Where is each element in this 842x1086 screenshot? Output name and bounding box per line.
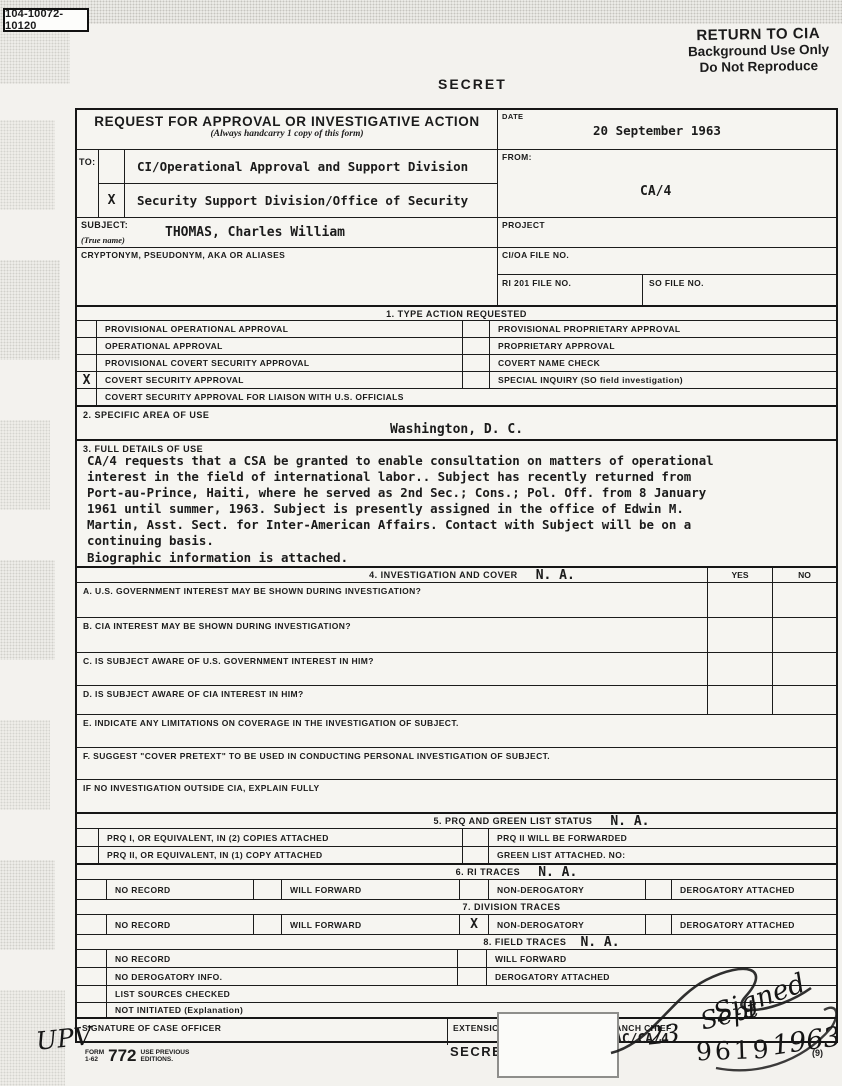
action-option: PROPRIETARY APPROVAL — [462, 338, 836, 354]
section2-heading-row: 2. SPECIFIC AREA OF USE — [77, 405, 836, 419]
document-id-label: 104-10072-10120 — [3, 8, 89, 32]
checkbox-cell — [77, 389, 97, 405]
checkbox-cell — [77, 968, 107, 985]
action-option-label: COVERT SECURITY APPROVAL FOR LIAISON WIT… — [97, 389, 836, 405]
cryptonym-label: CRYPTONYM, PSEUDONYM, AKA OR ALIASES — [81, 250, 285, 260]
form-note-block: USE PREVIOUS EDITIONS. — [141, 1049, 190, 1063]
to-options: CI/Operational Approval and Support Divi… — [99, 150, 497, 217]
section2-value-row: Washington, D. C. — [77, 419, 836, 439]
trace-option-label: NO DEROGATORY INFO. — [107, 968, 457, 985]
no-cell — [772, 686, 836, 714]
action-option-label: OPERATIONAL APPROVAL — [97, 338, 462, 354]
question-label: B. CIA INTEREST MAY BE SHOWN DURING INVE… — [77, 618, 707, 652]
trace-option-label: NO RECORD — [107, 950, 457, 967]
investigation-question-row: B. CIA INTEREST MAY BE SHOWN DURING INVE… — [77, 617, 836, 652]
prq-row: PRQ II, OR EQUIVALENT, IN (1) COPY ATTAC… — [77, 846, 836, 863]
checkbox-cell — [77, 950, 107, 967]
limitations-label: E. INDICATE ANY LIMITATIONS ON COVERAGE … — [77, 715, 459, 747]
yes-cell — [707, 686, 772, 714]
scan-noise-patch — [0, 420, 50, 510]
checkbox-cell: X — [99, 184, 125, 217]
prq-label: PRQ I, OR EQUIVALENT, IN (2) COPIES ATTA… — [99, 829, 462, 846]
checkbox-cell: X — [459, 915, 489, 934]
checkbox-cell — [253, 915, 282, 934]
section3-heading: 3. FULL DETAILS OF USE — [77, 441, 203, 453]
checkbox-cell — [459, 880, 489, 899]
scan-noise-patch — [0, 24, 70, 84]
checkbox-cell — [462, 829, 489, 846]
trace-option-label: WILL FORWARD — [282, 915, 459, 934]
checkbox-cell — [99, 150, 125, 183]
project-label: PROJECT — [502, 220, 545, 230]
date-label: DATE — [502, 112, 523, 121]
action-option-row: PROVISIONAL COVERT SECURITY APPROVAL COV… — [77, 354, 836, 371]
form-note-line: EDITIONS. — [141, 1056, 190, 1063]
checkbox-cell — [645, 915, 672, 934]
scan-noise-patch — [0, 260, 60, 360]
section5-heading: 5. PRQ AND GREEN LIST STATUS — [434, 816, 593, 826]
form-number: 772 — [108, 1046, 136, 1066]
to-option-label: CI/Operational Approval and Support Divi… — [125, 150, 497, 183]
classification-header: SECRET — [438, 76, 507, 92]
form-date: 1-62 — [85, 1056, 104, 1063]
yes-column-header: YES — [707, 568, 772, 582]
checkbox-cell — [462, 847, 489, 863]
form-number-footer: FORM 1-62 772 USE PREVIOUS EDITIONS. — [85, 1046, 189, 1066]
signature-case-officer-cell: SIGNATURE OF CASE OFFICER — [77, 1019, 447, 1045]
to-label: TO: — [79, 157, 96, 167]
section4-heading-cell: 4. INVESTIGATION AND COVER N. A. — [77, 568, 707, 582]
form-subtitle: (Always handcarry 1 copy of this form) — [77, 129, 497, 139]
section8-na-mark: N. A. — [580, 935, 619, 950]
action-option: OPERATIONAL APPROVAL — [77, 338, 462, 354]
date-value: 20 September 1963 — [593, 123, 721, 138]
section1-heading-row: 1. TYPE ACTION REQUESTED — [77, 305, 836, 320]
section6-heading-row: 6. RI TRACES N. A. — [77, 863, 836, 879]
ci-oa-file-field: CI/OA FILE NO. — [498, 248, 836, 275]
project-field: PROJECT — [497, 218, 836, 247]
checkbox-cell — [77, 355, 97, 371]
checkbox-cell: X — [77, 372, 97, 388]
section8-heading-row: 8. FIELD TRACES N. A. — [77, 934, 836, 949]
form-note-line: USE PREVIOUS — [141, 1049, 190, 1056]
to-option: CI/Operational Approval and Support Divi… — [99, 150, 497, 183]
section1-heading: 1. TYPE ACTION REQUESTED — [386, 309, 527, 319]
action-option-label: PROVISIONAL COVERT SECURITY APPROVAL — [97, 355, 462, 371]
trace-option-label: NON-DEROGATORY — [489, 880, 645, 899]
checkbox-cell — [463, 355, 490, 371]
ri-traces-row: NO RECORD WILL FORWARD NON-DEROGATORY DE… — [77, 879, 836, 899]
action-option-row: X COVERT SECURITY APPROVAL SPECIAL INQUI… — [77, 371, 836, 388]
checkbox-cell — [457, 950, 487, 967]
full-details-text2: Biographic information is attached. — [77, 550, 348, 566]
section3-body2-row: Biographic information is attached. — [77, 550, 836, 566]
section5-heading-row: 5. PRQ AND GREEN LIST STATUS N. A. — [77, 812, 836, 828]
cover-pretext-row: F. SUGGEST "COVER PRETEXT" TO BE USED IN… — [77, 747, 836, 779]
scan-noise-patch — [0, 860, 55, 950]
action-option: PROVISIONAL OPERATIONAL APPROVAL — [77, 321, 462, 337]
checkbox-cell — [645, 880, 672, 899]
so-file-field: SO FILE NO. — [643, 275, 836, 305]
trace-option-label: WILL FORWARD — [282, 880, 459, 899]
scan-noise-patch — [0, 560, 55, 660]
investigation-question-row: A. U.S. GOVERNMENT INTEREST MAY BE SHOWN… — [77, 582, 836, 617]
action-option-label: COVERT NAME CHECK — [490, 355, 836, 371]
subject-field: SUBJECT: (True name) THOMAS, Charles Wil… — [77, 218, 497, 247]
question-label: C. IS SUBJECT AWARE OF U.S. GOVERNMENT I… — [77, 653, 707, 685]
checkbox-cell — [77, 915, 107, 934]
form-title-cell: REQUEST FOR APPROVAL OR INVESTIGATIVE AC… — [77, 110, 497, 149]
trace-option-label: DEROGATORY ATTACHED — [672, 915, 836, 934]
prq-label: PRQ II WILL BE FORWARDED — [489, 829, 836, 846]
ci-oa-file-label: CI/OA FILE NO. — [502, 250, 569, 260]
checkbox-cell — [253, 880, 282, 899]
action-option: PROVISIONAL PROPRIETARY APPROVAL — [462, 321, 836, 337]
action-option-label: SPECIAL INQUIRY (SO field investigation) — [490, 372, 836, 388]
yes-cell — [707, 653, 772, 685]
specific-area-value: Washington, D. C. — [390, 422, 523, 437]
action-option-label: COVERT SECURITY APPROVAL — [97, 372, 462, 388]
section7-heading: 7. DIVISION TRACES — [462, 902, 560, 912]
prq-label: PRQ II, OR EQUIVALENT, IN (1) COPY ATTAC… — [99, 847, 462, 863]
trace-option-label: NON-DEROGATORY — [489, 915, 645, 934]
question-label: A. U.S. GOVERNMENT INTEREST MAY BE SHOWN… — [77, 583, 707, 617]
ri-201-file-field: RI 201 FILE NO. — [498, 275, 643, 305]
scan-noise-band — [0, 0, 842, 24]
checkbox-cell — [77, 847, 99, 863]
no-cell — [772, 583, 836, 617]
to-from-row: TO: CI/Operational Approval and Support … — [77, 149, 836, 217]
from-field: FROM: CA/4 — [497, 150, 836, 217]
scan-noise-patch — [0, 720, 50, 810]
checkbox-cell — [463, 321, 490, 337]
trace-option-label: NO RECORD — [107, 880, 253, 899]
checkbox-cell — [77, 338, 97, 354]
section4-heading-row: 4. INVESTIGATION AND COVER N. A. YES NO — [77, 566, 836, 582]
prq-label: GREEN LIST ATTACHED. NO: — [489, 847, 836, 863]
section8-heading: 8. FIELD TRACES — [483, 937, 566, 947]
no-investigation-row: IF NO INVESTIGATION OUTSIDE CIA, EXPLAIN… — [77, 779, 836, 812]
subject-value: THOMAS, Charles William — [165, 225, 345, 240]
action-option-label: PROPRIETARY APPROVAL — [490, 338, 836, 354]
section6-heading: 6. RI TRACES — [456, 867, 521, 877]
subject-row: SUBJECT: (True name) THOMAS, Charles Wil… — [77, 217, 836, 247]
section6-na-mark: N. A. — [538, 865, 577, 880]
section3-heading-row: 3. FULL DETAILS OF USE — [77, 439, 836, 453]
to-field: TO: CI/Operational Approval and Support … — [77, 150, 497, 217]
handwritten-number: 9619 — [696, 1035, 773, 1067]
checkbox-cell — [77, 321, 97, 337]
date-field: DATE 20 September 1963 — [497, 110, 836, 149]
stamp-line: Do Not Reproduce — [676, 57, 841, 75]
yes-cell — [707, 583, 772, 617]
document-id-text: 104-10072-10120 — [5, 8, 87, 32]
no-investigation-label: IF NO INVESTIGATION OUTSIDE CIA, EXPLAIN… — [77, 780, 320, 812]
section4-na-mark: N. A. — [536, 568, 575, 583]
section7-heading-row: 7. DIVISION TRACES — [77, 899, 836, 914]
ri-so-file-row: RI 201 FILE NO. SO FILE NO. — [498, 275, 836, 305]
trace-option-label: DEROGATORY ATTACHED — [672, 880, 836, 899]
return-to-cia-stamp: RETURN TO CIA Background Use Only Do Not… — [676, 25, 842, 76]
cryptonym-row: CRYPTONYM, PSEUDONYM, AKA OR ALIASES CI/… — [77, 247, 836, 305]
action-option-row: PROVISIONAL OPERATIONAL APPROVAL PROVISI… — [77, 320, 836, 337]
yes-cell — [707, 618, 772, 652]
form-word-block: FORM 1-62 — [85, 1049, 104, 1063]
trace-option-label: NO RECORD — [107, 915, 253, 934]
scan-noise-patch — [0, 120, 55, 210]
investigation-question-row: D. IS SUBJECT AWARE OF CIA INTEREST IN H… — [77, 685, 836, 714]
action-option-label: PROVISIONAL OPERATIONAL APPROVAL — [97, 321, 462, 337]
to-option-label: Security Support Division/Office of Secu… — [125, 184, 497, 217]
title-row: REQUEST FOR APPROVAL OR INVESTIGATIVE AC… — [77, 110, 836, 149]
ri-201-file-label: RI 201 FILE NO. — [502, 278, 571, 288]
checkbox-cell — [457, 968, 487, 985]
section3-body-row: CA/4 requests that a CSA be granted to e… — [77, 453, 836, 550]
no-cell — [772, 653, 836, 685]
cover-pretext-label: F. SUGGEST "COVER PRETEXT" TO BE USED IN… — [77, 748, 550, 779]
case-officer-label: SIGNATURE OF CASE OFFICER — [82, 1023, 221, 1033]
from-label: FROM: — [502, 152, 532, 162]
subject-label: SUBJECT: — [81, 220, 128, 230]
cryptonym-field: CRYPTONYM, PSEUDONYM, AKA OR ALIASES — [77, 248, 497, 305]
to-option: X Security Support Division/Office of Se… — [99, 183, 497, 217]
so-file-label: SO FILE NO. — [649, 278, 704, 288]
action-option: COVERT NAME CHECK — [462, 355, 836, 371]
form-772: REQUEST FOR APPROVAL OR INVESTIGATIVE AC… — [75, 108, 838, 1043]
action-option-row: OPERATIONAL APPROVAL PROPRIETARY APPROVA… — [77, 337, 836, 354]
checkbox-cell — [77, 1003, 107, 1017]
checkbox-cell — [77, 829, 99, 846]
section2-heading: 2. SPECIFIC AREA OF USE — [77, 407, 209, 419]
section4-heading: 4. INVESTIGATION AND COVER — [369, 570, 518, 580]
investigation-question-row: C. IS SUBJECT AWARE OF U.S. GOVERNMENT I… — [77, 652, 836, 685]
action-option: SPECIAL INQUIRY (SO field investigation) — [462, 372, 836, 388]
division-traces-row: NO RECORD WILL FORWARD X NON-DEROGATORY … — [77, 914, 836, 934]
form-title: REQUEST FOR APPROVAL OR INVESTIGATIVE AC… — [77, 114, 497, 129]
checkbox-cell — [463, 372, 490, 388]
prq-row: PRQ I, OR EQUIVALENT, IN (2) COPIES ATTA… — [77, 828, 836, 846]
file-number-fields: CI/OA FILE NO. RI 201 FILE NO. SO FILE N… — [497, 248, 836, 305]
no-cell — [772, 618, 836, 652]
question-label: D. IS SUBJECT AWARE OF CIA INTEREST IN H… — [77, 686, 707, 714]
limitations-row: E. INDICATE ANY LIMITATIONS ON COVERAGE … — [77, 714, 836, 747]
full-details-text: CA/4 requests that a CSA be granted to e… — [77, 453, 714, 550]
action-option-row: COVERT SECURITY APPROVAL FOR LIAISON WIT… — [77, 388, 836, 405]
no-column-header: NO — [772, 568, 836, 582]
handwritten-initials: UPV — [35, 1021, 94, 1056]
checkbox-cell — [77, 986, 107, 1002]
section5-na-mark: N. A. — [610, 814, 649, 829]
handwritten-date-day: 23 — [647, 1018, 682, 1050]
from-value: CA/4 — [640, 184, 671, 199]
to-label-cell: TO: — [77, 150, 99, 217]
action-option: X COVERT SECURITY APPROVAL — [77, 372, 462, 388]
scanned-form-page: 104-10072-10120 RETURN TO CIA Background… — [0, 0, 842, 1086]
action-option: PROVISIONAL COVERT SECURITY APPROVAL — [77, 355, 462, 371]
action-option-label: PROVISIONAL PROPRIETARY APPROVAL — [490, 321, 836, 337]
checkbox-cell — [463, 338, 490, 354]
subject-note: (True name) — [81, 235, 125, 245]
checkbox-cell — [77, 880, 107, 899]
